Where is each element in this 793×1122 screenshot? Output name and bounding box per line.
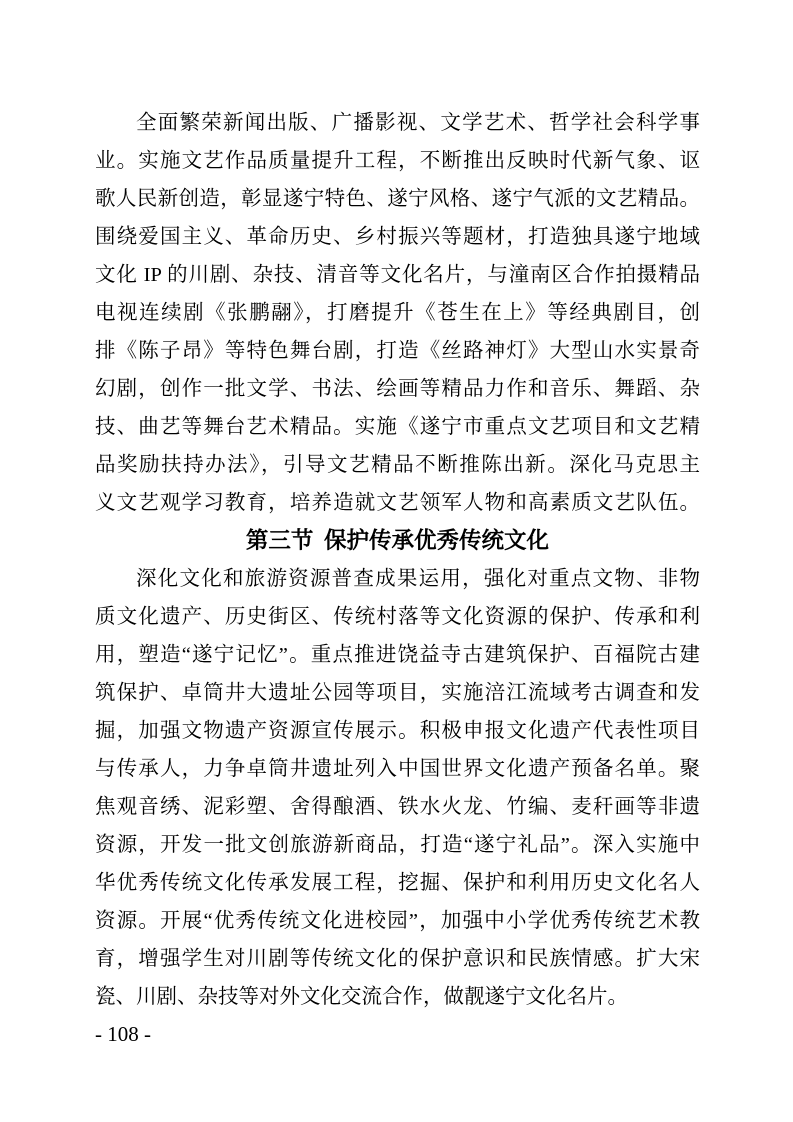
section-heading: 第三节 保护传承优秀传统文化 bbox=[95, 522, 700, 560]
text-line: 筑保护、卓筒井大遗址公园等项目，实施涪江流域考古调查和发 bbox=[95, 674, 700, 712]
text-line: 文化 IP 的川剧、杂技、清音等文化名片，与潼南区合作拍摄精品 bbox=[95, 256, 700, 294]
document-page: 全面繁荣新闻出版、广播影视、文学艺术、哲学社会科学事 业。实施文艺作品质量提升工… bbox=[0, 0, 793, 1122]
text-line: 围绕爱国主义、革命历史、乡村振兴等题材，打造独具遂宁地域 bbox=[95, 218, 700, 256]
text-line: 用，塑造“遂宁记忆”。重点推进饶益寺古建筑保护、百福院古建 bbox=[95, 636, 700, 674]
text-line: 业。实施文艺作品质量提升工程，不断推出反映时代新气象、讴 bbox=[95, 142, 700, 180]
text-line: 深化文化和旅游资源普查成果运用，强化对重点文物、非物 bbox=[95, 560, 700, 598]
text-line: 焦观音绣、泥彩塑、舍得酿酒、铁水火龙、竹编、麦秆画等非遗 bbox=[95, 788, 700, 826]
text-line: 义文艺观学习教育，培养造就文艺领军人物和高素质文艺队伍。 bbox=[95, 484, 700, 522]
paragraph-heritage-protection: 深化文化和旅游资源普查成果运用，强化对重点文物、非物 质文化遗产、历史街区、传统… bbox=[95, 560, 700, 1016]
text-line: 育，增强学生对川剧等传统文化的保护意识和民族情感。扩大宋 bbox=[95, 940, 700, 978]
text-line: 歌人民新创造，彰显遂宁特色、遂宁风格、遂宁气派的文艺精品。 bbox=[95, 180, 700, 218]
document-body: 全面繁荣新闻出版、广播影视、文学艺术、哲学社会科学事 业。实施文艺作品质量提升工… bbox=[95, 104, 700, 1016]
text-line: 质文化遗产、历史街区、传统村落等文化资源的保护、传承和利 bbox=[95, 598, 700, 636]
page-number: - 108 - bbox=[95, 1020, 151, 1048]
text-line: 瓷、川剧、杂技等对外文化交流合作，做靓遂宁文化名片。 bbox=[95, 978, 700, 1016]
text-line: 华优秀传统文化传承发展工程，挖掘、保护和利用历史文化名人 bbox=[95, 864, 700, 902]
text-line: 资源，开发一批文创旅游新商品，打造“遂宁礼品”。深入实施中 bbox=[95, 826, 700, 864]
text-line: 技、曲艺等舞台艺术精品。实施《遂宁市重点文艺项目和文艺精 bbox=[95, 408, 700, 446]
paragraph-culture-arts: 全面繁荣新闻出版、广播影视、文学艺术、哲学社会科学事 业。实施文艺作品质量提升工… bbox=[95, 104, 700, 522]
text-line: 排《陈子昂》等特色舞台剧，打造《丝路神灯》大型山水实景奇 bbox=[95, 332, 700, 370]
text-line: 品奖励扶持办法》，引导文艺精品不断推陈出新。深化马克思主 bbox=[95, 446, 700, 484]
text-line: 电视连续剧《张鹏翮》，打磨提升《苍生在上》等经典剧目，创 bbox=[95, 294, 700, 332]
text-line: 幻剧，创作一批文学、书法、绘画等精品力作和音乐、舞蹈、杂 bbox=[95, 370, 700, 408]
text-line: 全面繁荣新闻出版、广播影视、文学艺术、哲学社会科学事 bbox=[95, 104, 700, 142]
text-line: 资源。开展“优秀传统文化进校园”，加强中小学优秀传统艺术教 bbox=[95, 902, 700, 940]
text-line: 与传承人，力争卓筒井遗址列入中国世界文化遗产预备名单。聚 bbox=[95, 750, 700, 788]
text-line: 掘，加强文物遗产资源宣传展示。积极申报文化遗产代表性项目 bbox=[95, 712, 700, 750]
